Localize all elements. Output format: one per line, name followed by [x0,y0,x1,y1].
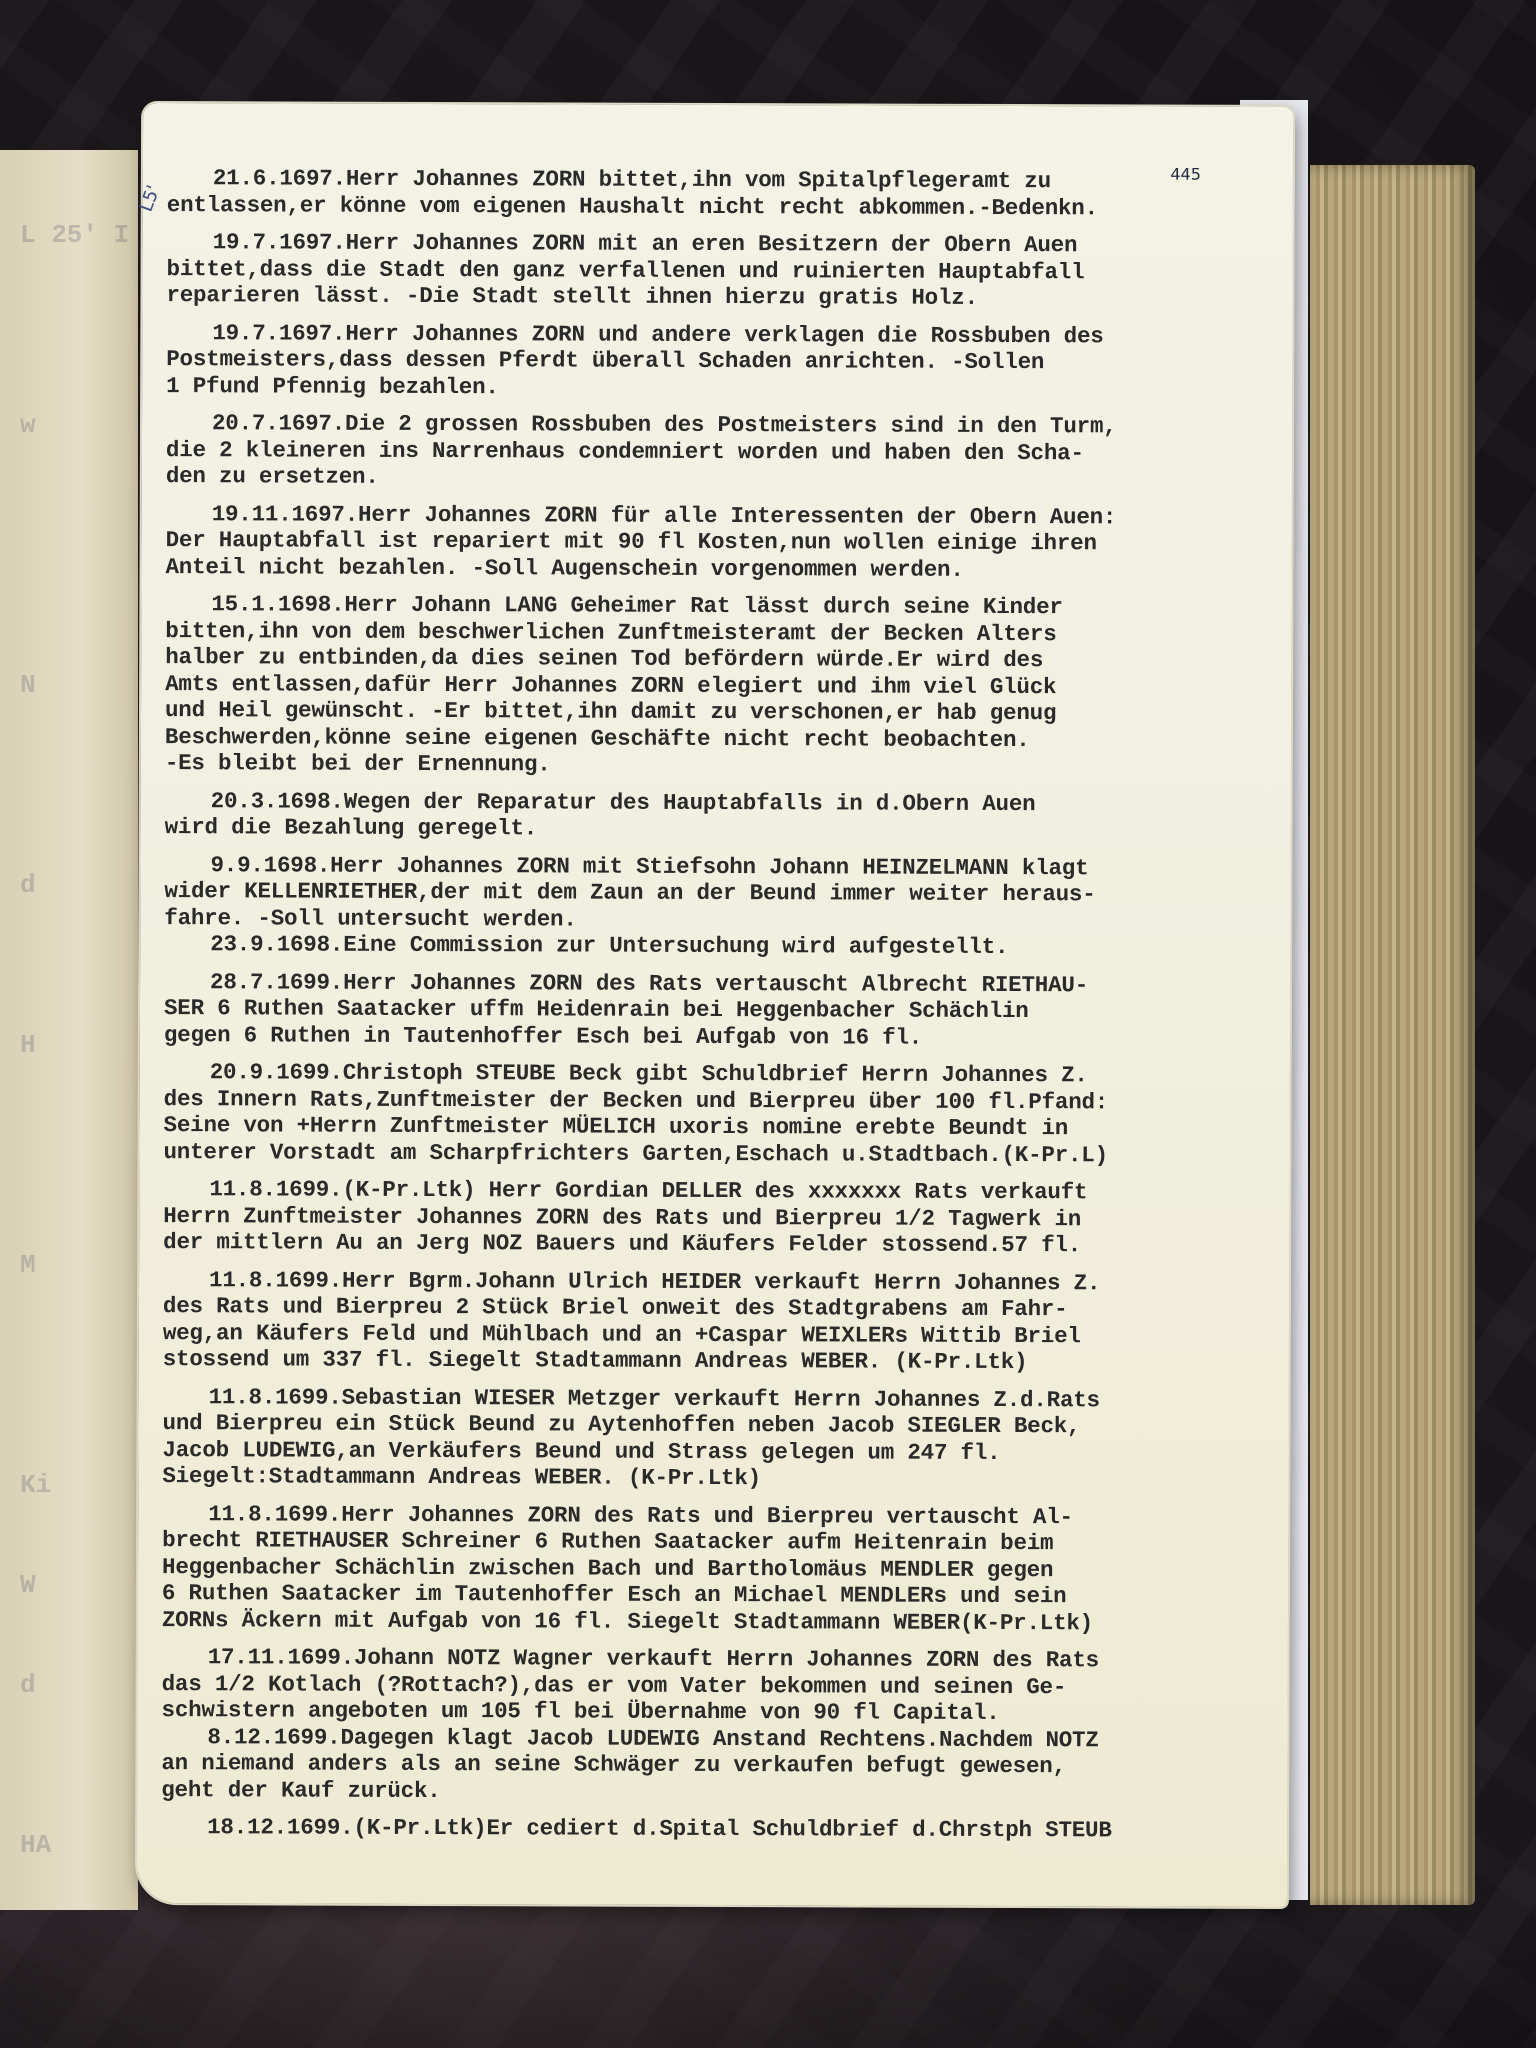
entry-date-line: 28.7.1699.Herr Johannes ZORN des Rats ve… [164,969,1254,999]
entry-text-line: stossend um 337 fl. Siegelt Stadtammann … [163,1346,1253,1376]
entries-list: 21.6.1697.Herr Johannes ZORN bittet,ihn … [161,165,1257,1855]
entry-text-line: 6 Ruthen Saatacker im Tautenhoffer Esch … [162,1580,1252,1610]
record-entry: 19.7.1697.Herr Johannes ZORN und andere … [166,320,1256,403]
entry-date-line: 18.12.1699.(K-Pr.Ltk)Er cediert d.Spital… [161,1814,1251,1844]
entry-date-line: 11.8.1699.Herr Johannes ZORN des Rats un… [162,1501,1252,1531]
left-facing-page: L 25' I w N d H M Ki W d HA [0,150,138,1910]
left-page-fragment: L 25' I [20,220,129,250]
entry-date-line: 20.3.1698.Wegen der Reparatur des Haupta… [165,788,1255,818]
entry-text-line: Anteil nicht bezahlen. -Soll Augenschein… [165,554,1255,584]
record-entry: 8.12.1699.Dagegen klagt Jacob LUDEWIG An… [161,1724,1251,1807]
entry-text-line: der mittlern Au an Jerg NOZ Bauers und K… [163,1229,1253,1259]
entry-date-line: 11.8.1699.Herr Bgrm.Johann Ulrich HEIDER… [163,1267,1253,1297]
entry-date-line: 17.11.1699.Johann NOTZ Wagner verkauft H… [162,1644,1252,1674]
left-page-fragment: H [20,1030,36,1060]
entry-text-line: das 1/2 Kotlach (?Rottach?),das er vom V… [162,1671,1252,1701]
record-entry: 11.8.1699.Herr Johannes ZORN des Rats un… [162,1501,1252,1637]
record-entry: 20.7.1697.Die 2 grossen Rossbuben des Po… [166,410,1256,493]
entry-date-line: 19.7.1697.Herr Johannes ZORN und andere … [166,320,1256,350]
record-entry: 17.11.1699.Johann NOTZ Wagner verkauft H… [161,1644,1251,1727]
left-page-fragment: W [20,1570,36,1600]
entry-text-line: bittet,dass die Stadt den ganz verfallen… [167,256,1257,286]
entry-text-line: bitten,ihn von dem beschwerlichen Zunftm… [165,618,1255,648]
record-entry: 11.8.1699.(K-Pr.Ltk) Herr Gordian DELLER… [163,1176,1253,1259]
entry-text-line: fahre. -Soll untersucht werden. [164,905,1254,935]
left-page-fragment: M [20,1250,36,1280]
record-entry: 18.12.1699.(K-Pr.Ltk)Er cediert d.Spital… [161,1814,1251,1844]
left-page-fragment: d [20,1670,36,1700]
entry-text-line: und Heil gewünscht. -Er bittet,ihn damit… [165,697,1255,727]
record-entry: 15.1.1698.Herr Johann LANG Geheimer Rat … [165,591,1256,780]
bottom-shadow [0,1928,1536,2048]
entry-text-line: weg,an Käufers Feld und Mühlbach und an … [163,1320,1253,1350]
entry-text-line: schwistern angeboten um 105 fl bei Übern… [161,1697,1251,1727]
entry-date-line: 20.9.1699.Christoph STEUBE Beck gibt Sch… [164,1059,1254,1089]
entry-text-line: Herrn Zunftmeister Johannes ZORN des Rat… [163,1203,1253,1233]
entry-text-line: gegen 6 Ruthen in Tautenhoffer Esch bei … [164,1022,1254,1052]
entry-text-line: geht der Kauf zurück. [161,1777,1251,1807]
typewritten-page: 445 L5' 21.6.1697.Herr Johannes ZORN bit… [137,103,1293,1907]
entry-text-line: Postmeisters,dass dessen Pferdt überall … [166,346,1256,376]
entry-text-line: unterer Vorstadt am Scharpfrichters Gart… [163,1139,1253,1169]
entry-text-line: wird die Bezahlung geregelt. [165,814,1255,844]
record-entry: 28.7.1699.Herr Johannes ZORN des Rats ve… [164,969,1254,1052]
record-entry: 23.9.1698.Eine Commission zur Untersuchu… [164,931,1254,961]
record-entry: 11.8.1699.Herr Bgrm.Johann Ulrich HEIDER… [163,1267,1253,1377]
entry-date-line: 23.9.1698.Eine Commission zur Untersuchu… [164,931,1254,961]
entry-date-line: 20.7.1697.Die 2 grossen Rossbuben des Po… [166,410,1256,440]
entry-text-line: SER 6 Ruthen Saatacker uffm Heidenrain b… [164,995,1254,1025]
entry-date-line: 9.9.1698.Herr Johannes ZORN mit Stiefsoh… [164,852,1254,882]
left-page-fragment: d [20,870,36,900]
book-page-edges [1310,165,1475,1905]
entry-text-line: Der Hauptabfall ist repariert mit 90 fl … [166,527,1256,557]
entry-date-line: 11.8.1699.Sebastian WIESER Metzger verka… [163,1384,1253,1414]
entry-text-line: Seine von +Herrn Zunftmeister MÜELICH ux… [164,1112,1254,1142]
entry-date-line: 11.8.1699.(K-Pr.Ltk) Herr Gordian DELLER… [163,1176,1253,1206]
entry-text-line: des Innern Rats,Zunftmeister der Becken … [164,1086,1254,1116]
record-entry: 20.9.1699.Christoph STEUBE Beck gibt Sch… [163,1059,1253,1169]
record-entry: 20.3.1698.Wegen der Reparatur des Haupta… [165,788,1255,845]
entry-date-line: 8.12.1699.Dagegen klagt Jacob LUDEWIG An… [161,1724,1251,1754]
entry-text-line: ZORNs Äckern mit Aufgab von 16 fl. Siege… [162,1607,1252,1637]
entry-date-line: 21.6.1697.Herr Johannes ZORN bittet,ihn … [167,165,1257,195]
entry-text-line: reparieren lässt. -Die Stadt stellt ihne… [166,282,1256,312]
entry-text-line: Heggenbacher Schächlin zwischen Bach und… [162,1554,1252,1584]
left-page-fragment: w [20,410,36,440]
entry-date-line: 19.11.1697.Herr Johannes ZORN für alle I… [166,501,1256,531]
entry-text-line: Beschwerden,könne seine eigenen Geschäft… [165,724,1255,754]
record-entry: 21.6.1697.Herr Johannes ZORN bittet,ihn … [167,165,1257,222]
entry-text-line: den zu ersetzen. [166,463,1256,493]
entry-text-line: die 2 kleineren ins Narrenhaus condemnie… [166,437,1256,467]
left-page-fragment: N [20,670,36,700]
entry-text-line: Jacob LUDEWIG,an Verkäufers Beund und St… [162,1437,1252,1467]
entry-date-line: 19.7.1697.Herr Johannes ZORN mit an eren… [167,229,1257,259]
record-entry: 9.9.1698.Herr Johannes ZORN mit Stiefsoh… [164,852,1254,935]
entry-text-line: halber zu entbinden,da dies seinen Tod b… [165,644,1255,674]
entry-date-line: 15.1.1698.Herr Johann LANG Geheimer Rat … [165,591,1255,621]
left-page-fragment: Ki [20,1470,51,1500]
entry-text-line: -Es bleibt bei der Ernennung. [165,750,1255,780]
entry-text-line: entlassen,er könne vom eigenen Haushalt … [167,192,1257,222]
entry-text-line: 1 Pfund Pfennig bezahlen. [166,373,1256,403]
entry-text-line: Siegelt:Stadtammann Andreas WEBER. (K-Pr… [162,1463,1252,1493]
record-entry: 11.8.1699.Sebastian WIESER Metzger verka… [162,1384,1252,1494]
entry-text-line: des Rats und Bierpreu 2 Stück Briel onwe… [163,1293,1253,1323]
record-entry: 19.7.1697.Herr Johannes ZORN mit an eren… [166,229,1256,312]
entry-text-line: wider KELLENRIETHER,der mit dem Zaun an … [164,878,1254,908]
entry-text-line: an niemand anders als an seine Schwäger … [161,1750,1251,1780]
entry-text-line: brecht RIETHAUSER Schreiner 6 Ruthen Saa… [162,1527,1252,1557]
left-page-fragment: HA [20,1830,51,1860]
entry-text-line: Amts entlassen,dafür Herr Johannes ZORN … [165,671,1255,701]
entry-text-line: und Bierpreu ein Stück Beund zu Aytenhof… [162,1410,1252,1440]
record-entry: 19.11.1697.Herr Johannes ZORN für alle I… [165,501,1255,584]
